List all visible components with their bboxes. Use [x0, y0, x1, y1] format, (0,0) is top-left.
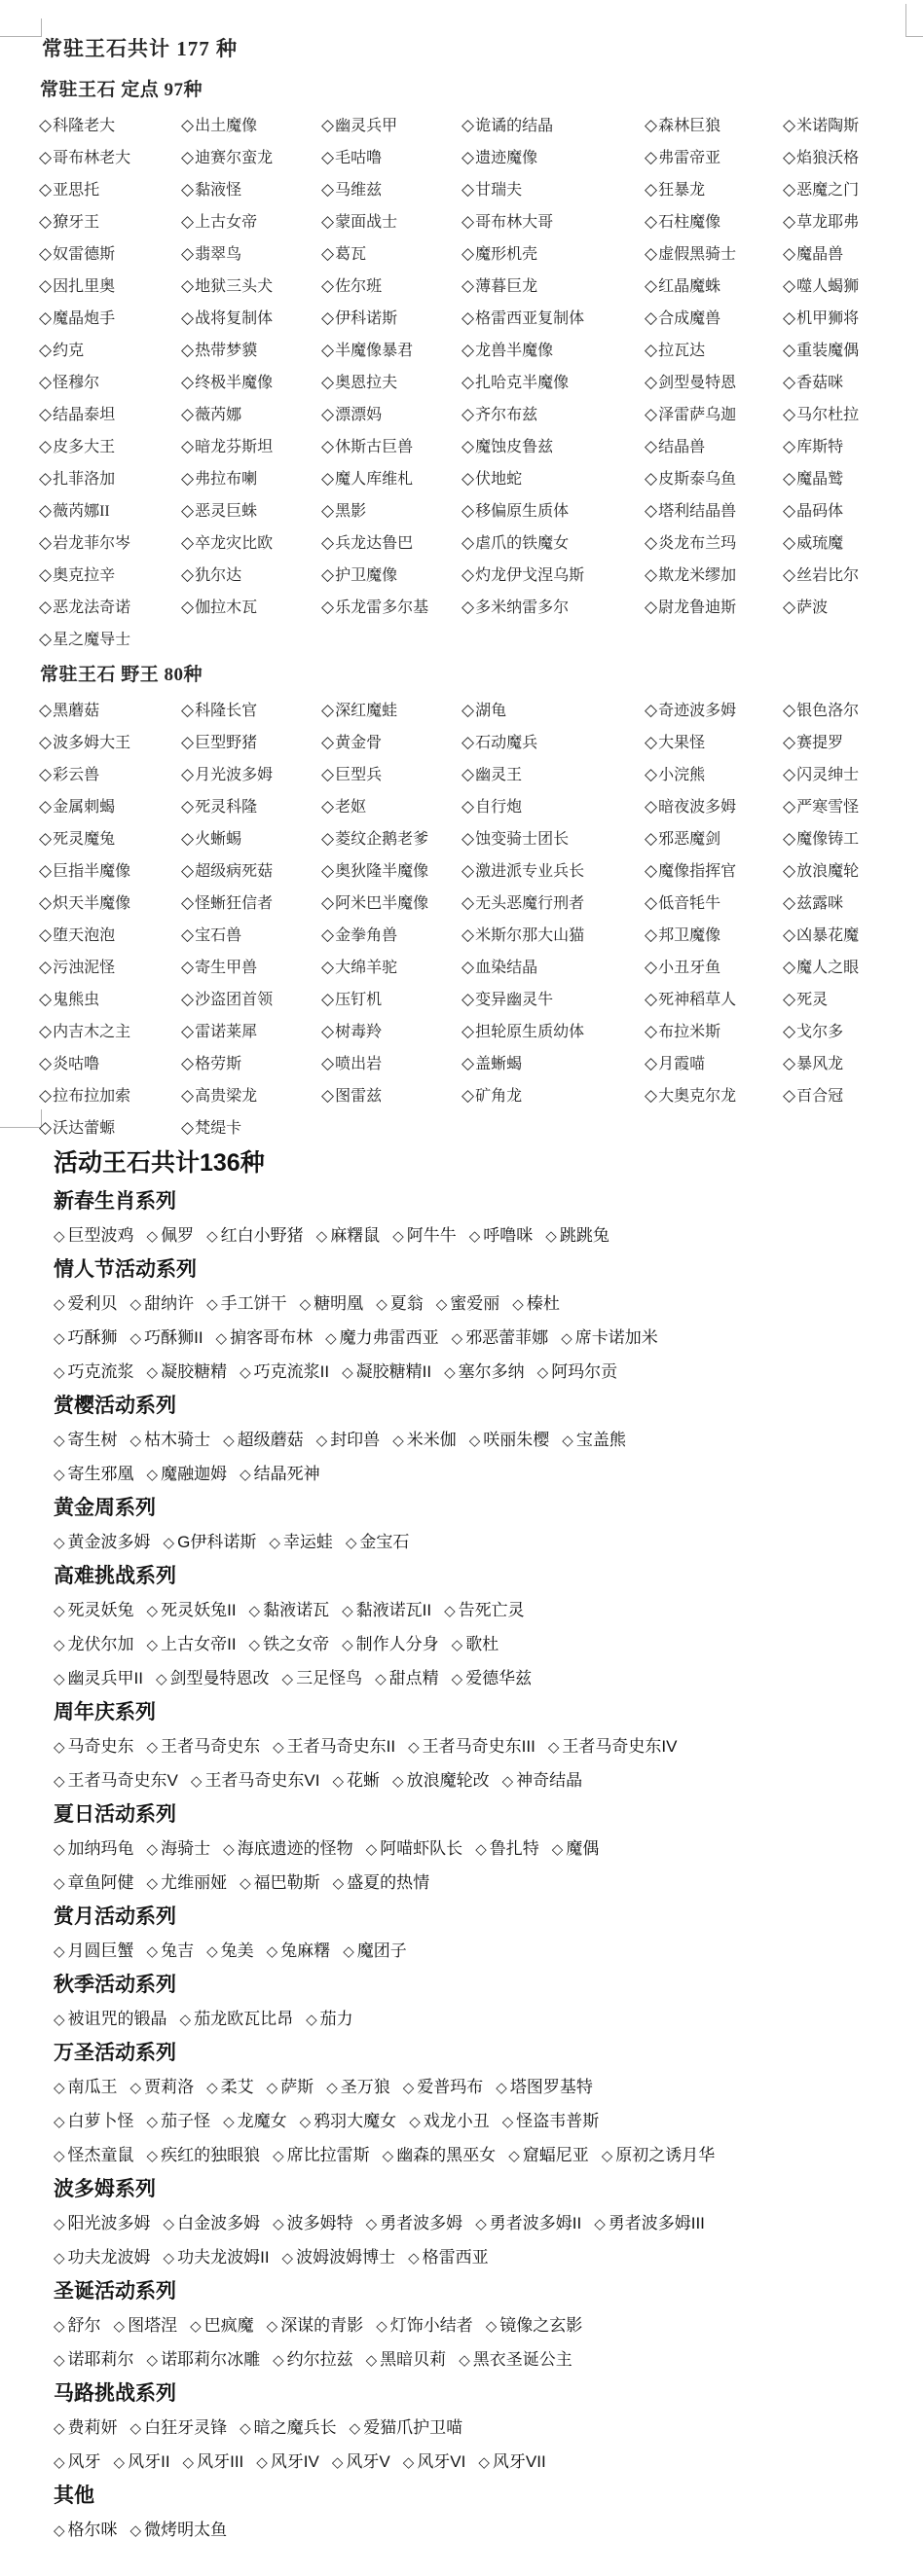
- list-item: ◇无头恶魔行刑者: [461, 890, 645, 913]
- diamond-bullet-icon: ◇: [508, 2148, 520, 2164]
- list-item: ◇小浣熊: [645, 762, 783, 784]
- item-label: 茄力: [320, 2010, 353, 2028]
- diamond-bullet-icon: ◇: [321, 437, 334, 455]
- item-label: 原初之诱月华: [615, 2146, 715, 2164]
- item-label: 弗拉布喇: [195, 471, 257, 488]
- item-label: 超级蘑菇: [238, 1431, 304, 1449]
- diamond-bullet-icon: ◇: [181, 829, 194, 848]
- diamond-bullet-icon: ◇: [267, 2318, 278, 2335]
- item-label: 月光波多姆: [195, 767, 273, 783]
- series-heading: 马路挑战系列: [54, 2375, 917, 2409]
- list-row: ◇结晶泰坦◇薇芮娜◇漂漂妈◇齐尔布兹◇泽雷萨乌迦◇马尔杜拉: [39, 397, 917, 429]
- diamond-bullet-icon: ◇: [130, 2420, 142, 2437]
- list-item: ◇拉布拉加索: [39, 1083, 181, 1106]
- list-item: ◇马奇史东: [54, 1732, 134, 1757]
- list-item: ◇喷出岩: [321, 1051, 461, 1073]
- list-item: ◇风牙VII: [478, 2448, 545, 2472]
- list-item: ◇龙魔女: [223, 2107, 287, 2131]
- item-label: 拉布拉加索: [53, 1088, 130, 1105]
- diamond-bullet-icon: ◇: [54, 2148, 65, 2164]
- item-label: 沙盗团首领: [195, 992, 273, 1008]
- item-label: 赛提罗: [796, 735, 843, 751]
- item-label: 怪穆尔: [53, 375, 99, 391]
- item-label: 凶暴花魔: [796, 927, 859, 944]
- list-item: ◇卒龙灾比欧: [181, 530, 321, 553]
- item-label: 乐龙雷多尔基: [335, 599, 428, 616]
- item-label: 噬人蝎狮: [796, 278, 859, 295]
- fixed-section-list: ◇科隆老大◇出土魔像◇幽灵兵甲◇诡谲的结晶◇森林巨狼◇米诺陶斯◇哥布林老大◇迪赛…: [39, 108, 917, 654]
- diamond-bullet-icon: ◇: [54, 1535, 65, 1551]
- list-item: ◇恶魔之门: [783, 177, 917, 200]
- item-label: 巴疯魔: [204, 2316, 254, 2335]
- diamond-bullet-icon: ◇: [459, 2352, 470, 2369]
- list-item: ◇南瓜王: [54, 2073, 118, 2097]
- list-row: ◇污浊泥怪◇寄生甲兽◇大绵羊驼◇血染结晶◇小丑牙鱼◇魔人之眼: [39, 950, 917, 982]
- list-item: ◇库斯特: [783, 434, 917, 456]
- item-label: 喷出岩: [335, 1056, 382, 1072]
- item-label: 马奇史东: [68, 1737, 134, 1756]
- diamond-bullet-icon: ◇: [342, 1637, 353, 1653]
- diamond-bullet-icon: ◇: [39, 829, 52, 848]
- list-item: ◇黏液诺瓦II: [342, 1596, 431, 1620]
- diamond-bullet-icon: ◇: [461, 1022, 474, 1040]
- diamond-bullet-icon: ◇: [39, 1022, 52, 1040]
- list-item: ◇波多姆特: [273, 2209, 353, 2233]
- diamond-bullet-icon: ◇: [240, 1875, 251, 1892]
- diamond-bullet-icon: ◇: [502, 1773, 514, 1790]
- item-label: 魔人之眼: [796, 960, 859, 976]
- list-item: ◇出土魔像: [181, 113, 321, 135]
- list-item: ◇红白小野猪: [206, 1221, 304, 1246]
- diamond-bullet-icon: ◇: [783, 212, 795, 231]
- series-heading: 新春生肖系列: [54, 1182, 917, 1216]
- item-label: 图雷兹: [335, 1088, 382, 1105]
- diamond-bullet-icon: ◇: [39, 341, 52, 359]
- item-label: 弗雷帝亚: [658, 150, 720, 166]
- list-item: ◇龙伏尔加: [54, 1630, 134, 1654]
- series-item-line: ◇龙伏尔加◇上古女帝II◇铁之女帝◇制作人分身◇歌杜: [54, 1625, 917, 1659]
- list-item: ◇怪杰童鼠: [54, 2141, 134, 2165]
- item-label: 伏地蛇: [475, 471, 522, 488]
- list-item: ◇欺龙米缪加: [645, 562, 783, 585]
- list-item: ◇虚假黑骑士: [645, 241, 783, 264]
- list-item: ◇大果怪: [645, 730, 783, 752]
- item-label: 超级病死菇: [195, 863, 273, 880]
- list-item: ◇马维兹: [321, 177, 461, 200]
- diamond-bullet-icon: ◇: [645, 469, 657, 488]
- item-label: 枯木骑士: [144, 1431, 210, 1449]
- list-row: ◇拉布拉加索◇高贵梁龙◇图雷兹◇矿角龙◇大奥克尔龙◇百合冠: [39, 1078, 917, 1110]
- list-item: ◇香菇咪: [783, 370, 917, 392]
- diamond-bullet-icon: ◇: [461, 733, 474, 751]
- list-item: ◇火蜥蜴: [181, 826, 321, 849]
- item-label: 魔蚀皮鲁兹: [475, 439, 553, 455]
- list-item: ◇乐龙雷多尔基: [321, 595, 461, 617]
- diamond-bullet-icon: ◇: [475, 2216, 487, 2232]
- item-label: 盛夏的热情: [347, 1873, 429, 1892]
- diamond-bullet-icon: ◇: [181, 733, 194, 751]
- item-label: 放浪魔轮: [796, 863, 859, 880]
- diamond-bullet-icon: ◇: [269, 1535, 280, 1551]
- series-item-line: ◇阳光波多姆◇白金波多姆◇波多姆特◇勇者波多姆◇勇者波多姆II◇勇者波多姆III: [54, 2204, 917, 2238]
- item-label: 薄暮巨龙: [475, 278, 537, 295]
- diamond-bullet-icon: ◇: [147, 1841, 159, 1858]
- diamond-bullet-icon: ◇: [181, 116, 194, 134]
- diamond-bullet-icon: ◇: [190, 2318, 202, 2335]
- diamond-bullet-icon: ◇: [461, 598, 474, 616]
- list-item: ◇结晶兽: [645, 434, 783, 456]
- list-item: ◇魔晶鹫: [783, 466, 917, 489]
- list-item: ◇金属刺蝎: [39, 794, 181, 816]
- list-item: ◇王者马奇史东VI: [191, 1766, 320, 1791]
- list-item: ◇白金波多姆: [164, 2209, 261, 2233]
- list-item: ◇兔吉: [147, 1937, 195, 1961]
- diamond-bullet-icon: ◇: [130, 1330, 142, 1347]
- diamond-bullet-icon: ◇: [444, 1364, 456, 1381]
- diamond-bullet-icon: ◇: [39, 212, 52, 231]
- list-item: ◇风牙VI: [403, 2448, 466, 2472]
- list-item: ◇树毒羚: [321, 1019, 461, 1041]
- diamond-bullet-icon: ◇: [54, 2250, 65, 2267]
- diamond-bullet-icon: ◇: [223, 1433, 235, 1449]
- diamond-bullet-icon: ◇: [147, 1739, 159, 1756]
- list-item: ◇魔人之眼: [783, 955, 917, 977]
- list-item: ◇魔团子: [343, 1937, 407, 1961]
- list-item: ◇皮斯泰乌鱼: [645, 466, 783, 489]
- item-label: 扎哈克半魔像: [475, 375, 569, 391]
- list-item: ◇金拳角兽: [321, 923, 461, 945]
- item-label: 戏龙小丑: [424, 2112, 490, 2130]
- item-label: 金属刺蝎: [53, 799, 115, 816]
- list-item: ◇凶暴花魔: [783, 923, 917, 945]
- diamond-bullet-icon: ◇: [321, 116, 334, 134]
- diamond-bullet-icon: ◇: [602, 2148, 613, 2164]
- diamond-bullet-icon: ◇: [164, 1535, 175, 1551]
- list-item: ◇茄力: [306, 2005, 353, 2029]
- item-label: 迪赛尔蛮龙: [195, 150, 273, 166]
- item-label: 石动魔兵: [475, 735, 537, 751]
- series-heading: 周年庆系列: [54, 1693, 917, 1727]
- diamond-bullet-icon: ◇: [300, 1296, 312, 1313]
- item-label: 王者马奇史东III: [423, 1737, 535, 1756]
- list-item: ◇暗之魔兵长: [240, 2413, 337, 2438]
- diamond-bullet-icon: ◇: [54, 1296, 65, 1313]
- list-item: ◇风牙V: [332, 2448, 390, 2472]
- list-item: ◇席比拉雷斯: [273, 2141, 370, 2165]
- item-label: 巨型波鸡: [68, 1226, 134, 1245]
- item-label: 大绵羊驼: [335, 960, 397, 976]
- item-label: 移偏原生质体: [475, 503, 569, 520]
- list-item: ◇焰狼沃格: [783, 145, 917, 167]
- list-item: ◇百合冠: [783, 1083, 917, 1106]
- list-item: ◇黏液怪: [181, 177, 321, 200]
- diamond-bullet-icon: ◇: [645, 797, 657, 816]
- list-item: ◇风牙IV: [256, 2448, 319, 2472]
- item-label: 龙兽半魔像: [475, 343, 553, 359]
- diamond-bullet-icon: ◇: [256, 2454, 268, 2471]
- diamond-bullet-icon: ◇: [39, 861, 52, 880]
- list-item: ◇毛咕噜: [321, 145, 461, 167]
- diamond-bullet-icon: ◇: [39, 533, 52, 552]
- list-item: ◇马尔杜拉: [783, 402, 917, 424]
- list-row: ◇魔晶炮手◇战将复制体◇伊科诺斯◇格雷西亚复制体◇合成魔兽◇机甲狮将: [39, 301, 917, 333]
- list-item: ◇兔美: [206, 1937, 254, 1961]
- item-label: 海底遗迹的怪物: [238, 1839, 353, 1858]
- list-item: ◇诺耶莉尔: [54, 2345, 134, 2370]
- list-item: ◇幸运蛙: [269, 1528, 333, 1552]
- item-label: 出土魔像: [195, 118, 257, 134]
- list-item: ◇血染结晶: [461, 955, 645, 977]
- diamond-bullet-icon: ◇: [321, 1054, 334, 1072]
- list-item: ◇爱猫爪护卫喵: [350, 2413, 463, 2438]
- list-item: ◇噬人蝎狮: [783, 273, 917, 296]
- diamond-bullet-icon: ◇: [39, 244, 52, 263]
- diamond-bullet-icon: ◇: [39, 308, 52, 327]
- series-item-line: ◇怪杰童鼠◇疾红的独眼狼◇席比拉雷斯◇幽森的黑巫女◇窟蝠尼亚◇原初之诱月华: [54, 2136, 917, 2170]
- item-label: 奥克拉辛: [53, 567, 115, 584]
- list-item: ◇恶龙法奇诺: [39, 595, 181, 617]
- item-label: 死灵魔兔: [53, 831, 115, 848]
- list-item: ◇死神稻草人: [645, 987, 783, 1009]
- diamond-bullet-icon: ◇: [561, 1330, 572, 1347]
- diamond-bullet-icon: ◇: [181, 1022, 194, 1040]
- diamond-bullet-icon: ◇: [321, 148, 334, 166]
- list-item: ◇圣万狼: [326, 2073, 390, 2097]
- diamond-bullet-icon: ◇: [273, 2148, 284, 2164]
- series-item-line: ◇黄金波多姆◇G伊科诺斯◇幸运蛙◇金宝石: [54, 1523, 917, 1557]
- diamond-bullet-icon: ◇: [461, 180, 474, 199]
- item-label: 窟蝠尼亚: [523, 2146, 589, 2164]
- item-label: 黄金骨: [335, 735, 382, 751]
- list-item: ◇污浊泥怪: [39, 955, 181, 977]
- item-label: 白萝卜怪: [68, 2112, 134, 2130]
- list-item: ◇暗夜波多姆: [645, 794, 783, 816]
- list-item: ◇尤维丽娅: [147, 1869, 228, 1893]
- item-label: 塔利结晶兽: [658, 503, 736, 520]
- item-label: 低音牦牛: [658, 895, 720, 912]
- item-label: 制作人分身: [356, 1635, 439, 1653]
- item-label: 王者马奇史东: [161, 1737, 260, 1756]
- list-item: ◇岩龙菲尔岑: [39, 530, 181, 553]
- diamond-bullet-icon: ◇: [181, 990, 194, 1008]
- series-item-line: ◇诺耶莉尔◇诺耶莉尔冰雕◇约尔拉兹◇黑暗贝莉◇黑衣圣诞公主: [54, 2340, 917, 2375]
- list-item: ◇巧克流浆: [54, 1358, 134, 1382]
- item-label: 神奇结晶: [516, 1771, 582, 1790]
- item-label: 闪灵绅士: [796, 767, 859, 783]
- diamond-bullet-icon: ◇: [39, 180, 52, 199]
- diamond-bullet-icon: ◇: [783, 958, 795, 976]
- diamond-bullet-icon: ◇: [321, 180, 334, 199]
- item-label: 白狂牙灵锋: [144, 2418, 227, 2437]
- item-label: 树毒羚: [335, 1024, 382, 1040]
- list-item: ◇鬼熊虫: [39, 987, 181, 1009]
- item-label: 魔形机壳: [475, 246, 537, 263]
- diamond-bullet-icon: ◇: [181, 797, 194, 816]
- activity-series-list: 新春生肖系列◇巨型波鸡◇佩罗◇红白小野猪◇麻糬鼠◇阿牛牛◇呼噜咪◇跳跳兔情人节活…: [54, 1182, 917, 2545]
- item-label: 变异幽灵牛: [475, 992, 553, 1008]
- diamond-bullet-icon: ◇: [452, 1637, 463, 1653]
- diamond-bullet-icon: ◇: [645, 180, 657, 199]
- diamond-bullet-icon: ◇: [54, 1603, 65, 1619]
- list-item: ◇约尔拉兹: [273, 2345, 353, 2370]
- list-item: ◇翡翠鸟: [181, 241, 321, 264]
- item-label: 深红魔蛙: [335, 703, 397, 719]
- diamond-bullet-icon: ◇: [645, 733, 657, 751]
- diamond-bullet-icon: ◇: [39, 405, 52, 423]
- list-item: ◇老妪: [321, 794, 461, 816]
- item-label: 王者马奇史东IV: [562, 1737, 677, 1756]
- item-label: 老妪: [335, 799, 366, 816]
- list-item: ◇爱德华兹: [452, 1664, 533, 1688]
- list-item: ◇黑暗贝莉: [366, 2345, 447, 2370]
- diamond-bullet-icon: ◇: [321, 469, 334, 488]
- item-label: 湖龟: [475, 703, 506, 719]
- item-label: 死灵妖兔II: [161, 1601, 236, 1619]
- diamond-bullet-icon: ◇: [54, 2454, 65, 2471]
- item-label: 魔团子: [357, 1941, 407, 1960]
- item-label: 微烤明太鱼: [144, 2521, 227, 2539]
- list-item: ◇爱普玛布: [403, 2073, 484, 2097]
- list-row: ◇奥克拉辛◇犰尔达◇护卫魔像◇灼龙伊戈涅乌斯◇欺龙米缪加◇丝岩比尔: [39, 558, 917, 590]
- diamond-bullet-icon: ◇: [321, 925, 334, 944]
- diamond-bullet-icon: ◇: [181, 1054, 194, 1072]
- list-item: ◇薇芮娜II: [39, 498, 181, 521]
- resident-total-title: 常驻王石共计 177 种: [42, 33, 917, 62]
- list-item: ◇枯木骑士: [130, 1426, 211, 1450]
- diamond-bullet-icon: ◇: [469, 1228, 481, 1245]
- list-item: ◇大绵羊驼: [321, 955, 461, 977]
- list-item: ◇塔图罗基特: [496, 2073, 593, 2097]
- item-label: 甘瑞夫: [475, 182, 522, 199]
- list-item: ◇赛提罗: [783, 730, 917, 752]
- list-item: ◇变异幽灵牛: [461, 987, 645, 1009]
- list-item: ◇魔人库维札: [321, 466, 461, 489]
- activity-total-title: 活动王石共计136种: [54, 1140, 917, 1182]
- diamond-bullet-icon: ◇: [461, 1054, 474, 1072]
- list-item: ◇甘瑞夫: [461, 177, 645, 200]
- diamond-bullet-icon: ◇: [181, 598, 194, 616]
- item-label: 重装魔偶: [796, 343, 859, 359]
- diamond-bullet-icon: ◇: [54, 1467, 65, 1483]
- list-item: ◇矿角龙: [461, 1083, 645, 1106]
- series-heading: 波多姆系列: [54, 2170, 917, 2204]
- list-item: ◇幽灵兵甲: [321, 113, 461, 135]
- diamond-bullet-icon: ◇: [54, 2080, 65, 2096]
- series-item-line: ◇被诅咒的锻晶◇茄龙欧瓦比昂◇茄力: [54, 2000, 917, 2034]
- item-label: 皮斯泰乌鱼: [658, 471, 736, 488]
- list-item: ◇花蜥: [333, 1766, 381, 1791]
- item-label: 幸运蛙: [283, 1533, 333, 1551]
- series-item-line: ◇月圆巨蟹◇兔吉◇兔美◇兔麻糬◇魔团子: [54, 1932, 917, 1966]
- list-item: ◇内吉木之主: [39, 1019, 181, 1041]
- list-item: ◇小丑牙鱼: [645, 955, 783, 977]
- item-label: 魔融迦姆: [161, 1465, 227, 1483]
- item-label: 灯饰小结者: [390, 2316, 473, 2335]
- list-item: ◇尉龙鲁迪斯: [645, 595, 783, 617]
- list-item: ◇机甲狮将: [783, 306, 917, 328]
- series-item-line: ◇寄生树◇枯木骑士◇超级蘑菇◇封印兽◇米米伽◇咲丽朱樱◇宝盖熊: [54, 1421, 917, 1455]
- diamond-bullet-icon: ◇: [783, 276, 795, 295]
- list-item: ◇薄暮巨龙: [461, 273, 645, 296]
- diamond-bullet-icon: ◇: [783, 533, 795, 552]
- list-item: ◇疾红的独眼狼: [147, 2141, 261, 2165]
- list-item: ◇低音牦牛: [645, 890, 783, 913]
- item-label: 寄生甲兽: [195, 960, 257, 976]
- diamond-bullet-icon: ◇: [240, 1467, 251, 1483]
- item-label: 蚀变骑士团长: [475, 831, 569, 848]
- diamond-bullet-icon: ◇: [321, 212, 334, 231]
- list-item: ◇巨型野猪: [181, 730, 321, 752]
- diamond-bullet-icon: ◇: [645, 893, 657, 912]
- list-item: ◇死灵妖兔: [54, 1596, 134, 1620]
- item-label: 银色洛尔: [796, 703, 859, 719]
- series-item-line: ◇幽灵兵甲II◇剑型曼特恩改◇三足怪鸟◇甜点精◇爱德华兹: [54, 1659, 917, 1693]
- list-item: ◇巨型波鸡: [54, 1221, 134, 1246]
- item-label: 米米伽: [407, 1431, 457, 1449]
- list-item: ◇结晶泰坦: [39, 402, 181, 424]
- list-item: ◇亚思托: [39, 177, 181, 200]
- diamond-bullet-icon: ◇: [321, 861, 334, 880]
- diamond-bullet-icon: ◇: [645, 341, 657, 359]
- list-item: ◇超级蘑菇: [223, 1426, 304, 1450]
- item-label: 合成魔兽: [658, 310, 720, 327]
- item-label: 哥布林老大: [53, 150, 130, 166]
- item-label: 告死亡灵: [459, 1601, 525, 1619]
- item-label: 勇者波多姆III: [609, 2214, 705, 2232]
- diamond-bullet-icon: ◇: [181, 958, 194, 976]
- diamond-bullet-icon: ◇: [461, 958, 474, 976]
- diamond-bullet-icon: ◇: [783, 701, 795, 719]
- list-item: ◇诺耶莉尔冰雕: [147, 2345, 261, 2370]
- list-item: ◇怪盗韦普斯: [502, 2107, 600, 2131]
- item-label: 科隆长官: [195, 703, 257, 719]
- list-row: ◇炎咕噜◇格劳斯◇喷出岩◇盖蜥蝎◇月霞喵◇暴风龙: [39, 1046, 917, 1078]
- diamond-bullet-icon: ◇: [223, 2114, 235, 2130]
- item-label: 麻糬鼠: [330, 1226, 380, 1245]
- item-label: 结晶死神: [254, 1465, 320, 1483]
- list-item: ◇森林巨狼: [645, 113, 783, 135]
- list-item: ◇皮多大王: [39, 434, 181, 456]
- diamond-bullet-icon: ◇: [54, 2352, 65, 2369]
- item-label: 扎菲洛加: [53, 471, 115, 488]
- series-item-line: ◇王者马奇史东V◇王者马奇史东VI◇花蜥◇放浪魔轮改◇神奇结晶: [54, 1761, 917, 1796]
- diamond-bullet-icon: ◇: [783, 437, 795, 455]
- item-label: 暗夜波多姆: [658, 799, 736, 816]
- item-label: 镜像之玄影: [499, 2316, 582, 2335]
- diamond-bullet-icon: ◇: [306, 2012, 317, 2028]
- diamond-bullet-icon: ◇: [321, 829, 334, 848]
- list-item: ◇米米伽: [392, 1426, 457, 1450]
- list-item: ◇石柱魔像: [645, 209, 783, 232]
- list-item: ◇镜像之玄影: [486, 2311, 583, 2336]
- list-row: ◇岩龙菲尔岑◇卒龙灾比欧◇兵龙达鲁巴◇虐爪的铁魔女◇炎龙布兰玛◇威琉魔: [39, 526, 917, 558]
- list-item: ◇榛杜: [512, 1289, 560, 1314]
- item-label: 上古女帝: [195, 214, 257, 231]
- item-label: 巨指半魔像: [53, 863, 130, 880]
- diamond-bullet-icon: ◇: [645, 1022, 657, 1040]
- list-item: ◇狂暴龙: [645, 177, 783, 200]
- list-row: ◇皮多大王◇暗龙芬斯坦◇休斯古巨兽◇魔蚀皮鲁兹◇结晶兽◇库斯特: [39, 429, 917, 461]
- item-label: 热带梦貘: [195, 343, 257, 359]
- diamond-bullet-icon: ◇: [130, 1296, 142, 1313]
- list-item: ◇跳跳兔: [545, 1221, 609, 1246]
- diamond-bullet-icon: ◇: [181, 180, 194, 199]
- list-item: ◇哥布林大哥: [461, 209, 645, 232]
- list-item: ◇盖蜥蝎: [461, 1051, 645, 1073]
- item-label: 阿米巴半魔像: [335, 895, 428, 912]
- item-label: 盖蜥蝎: [475, 1056, 522, 1072]
- diamond-bullet-icon: ◇: [39, 925, 52, 944]
